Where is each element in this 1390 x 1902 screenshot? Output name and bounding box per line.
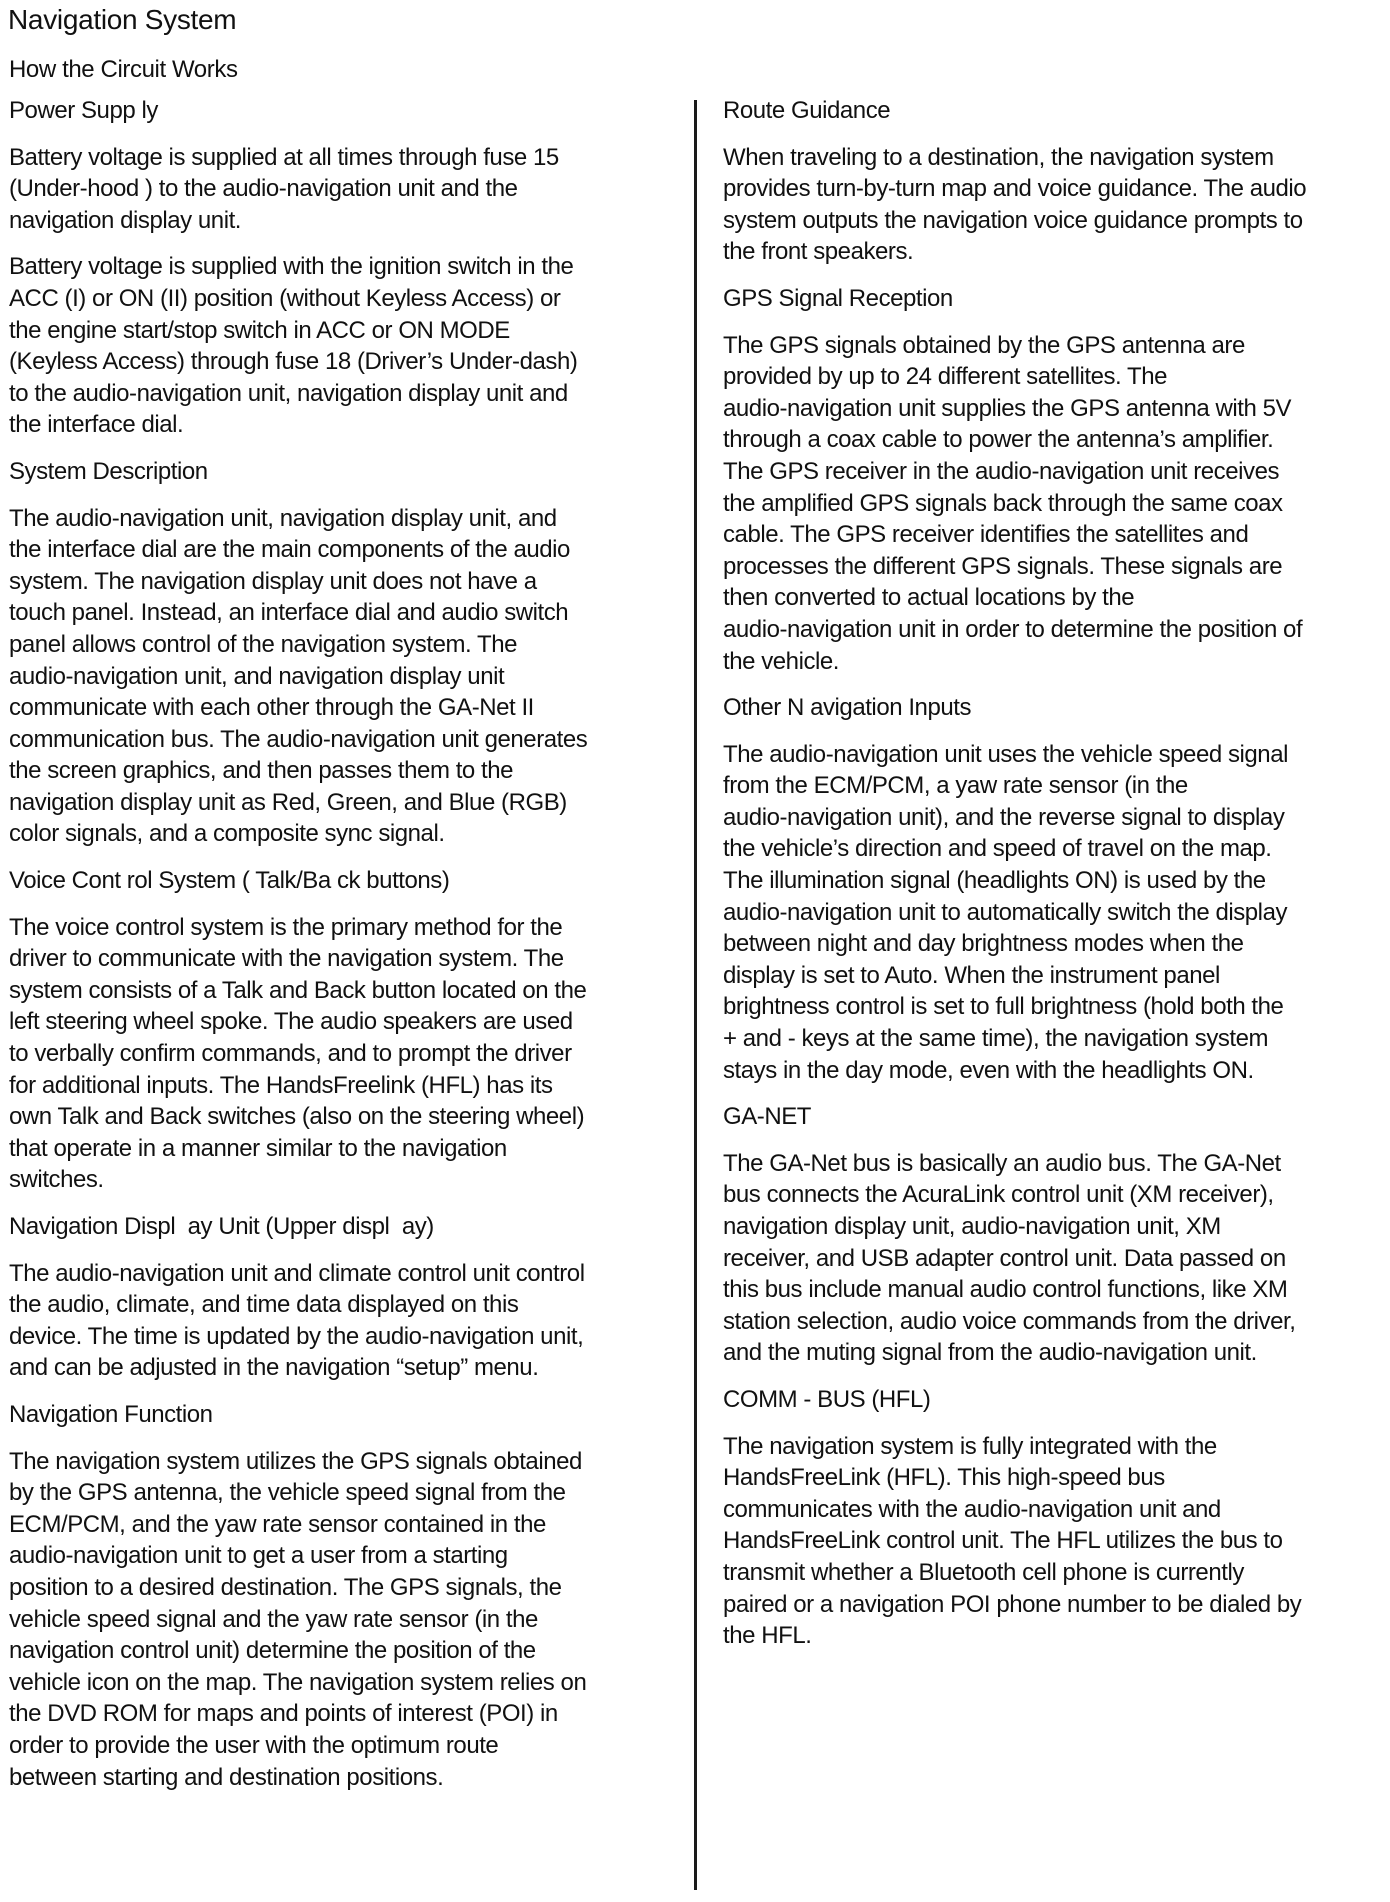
- section-title: How the Circuit Works: [9, 55, 238, 85]
- column-divider: [694, 100, 697, 1890]
- route-guidance-paragraph: When traveling to a destination, the nav…: [723, 142, 1388, 268]
- route-guidance-heading: Route Guidance: [723, 95, 1388, 127]
- ga-net-section: GA-NET The GA-Net bus is basically an au…: [723, 1101, 1388, 1369]
- gps-signal-reception-paragraph: The GPS signals obtained by the GPS ante…: [723, 330, 1388, 678]
- navigation-function-heading: Navigation Function: [9, 1399, 671, 1431]
- system-description-section: System Description The audio-navigation …: [9, 456, 671, 850]
- comm-bus-section: COMM - BUS (HFL) The navigation system i…: [723, 1384, 1388, 1652]
- navigation-display-unit-section: Navigation Displ ay Unit (Upper displ ay…: [9, 1211, 671, 1384]
- other-navigation-inputs-section: Other N avigation Inputs The audio-navig…: [723, 692, 1388, 1086]
- navigation-display-unit-heading: Navigation Displ ay Unit (Upper displ ay…: [9, 1211, 671, 1243]
- voice-control-section: Voice Cont rol System ( Talk/Ba ck butto…: [9, 865, 671, 1196]
- other-navigation-inputs-paragraph: The audio-navigation unit uses the vehic…: [723, 739, 1388, 1087]
- navigation-display-unit-paragraph: The audio-navigation unit and climate co…: [9, 1258, 671, 1384]
- gps-signal-reception-section: GPS Signal Reception The GPS signals obt…: [723, 283, 1388, 677]
- route-guidance-section: Route Guidance When traveling to a desti…: [723, 95, 1388, 268]
- left-column: Power Supp ly Battery voltage is supplie…: [9, 95, 671, 1808]
- power-supply-paragraph-1: Battery voltage is supplied at all times…: [9, 142, 671, 237]
- voice-control-heading: Voice Cont rol System ( Talk/Ba ck butto…: [9, 865, 671, 897]
- power-supply-heading: Power Supp ly: [9, 95, 671, 127]
- navigation-function-paragraph: The navigation system utilizes the GPS s…: [9, 1446, 671, 1794]
- system-description-heading: System Description: [9, 456, 671, 488]
- comm-bus-heading: COMM - BUS (HFL): [723, 1384, 1388, 1416]
- navigation-function-section: Navigation Function The navigation syste…: [9, 1399, 671, 1793]
- power-supply-paragraph-2: Battery voltage is supplied with the ign…: [9, 251, 671, 441]
- other-navigation-inputs-heading: Other N avigation Inputs: [723, 692, 1388, 724]
- power-supply-section: Power Supp ly Battery voltage is supplie…: [9, 95, 671, 441]
- ga-net-heading: GA-NET: [723, 1101, 1388, 1133]
- right-column: Route Guidance When traveling to a desti…: [723, 95, 1388, 1667]
- system-description-paragraph: The audio-navigation unit, navigation di…: [9, 503, 671, 851]
- voice-control-paragraph: The voice control system is the primary …: [9, 912, 671, 1196]
- page-title: Navigation System: [8, 2, 236, 38]
- gps-signal-reception-heading: GPS Signal Reception: [723, 283, 1388, 315]
- comm-bus-paragraph: The navigation system is fully integrate…: [723, 1431, 1388, 1652]
- ga-net-paragraph: The GA-Net bus is basically an audio bus…: [723, 1148, 1388, 1369]
